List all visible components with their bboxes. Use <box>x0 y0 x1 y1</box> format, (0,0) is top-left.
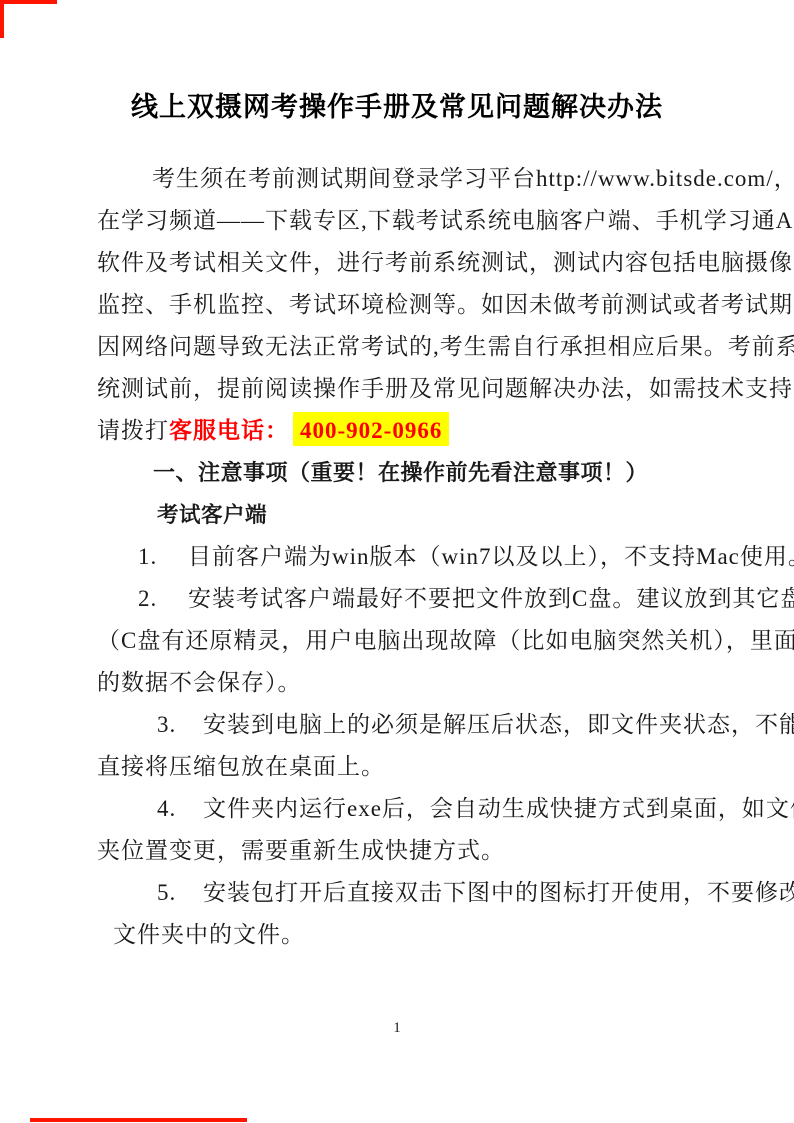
scan-mark-bottom <box>30 1118 247 1122</box>
list-item-continuation: 直接将压缩包放在桌面上。 <box>97 746 697 788</box>
document-title: 线上双摄网考操作手册及常见问题解决办法 <box>97 85 697 130</box>
document-page: 线上双摄网考操作手册及常见问题解决办法 考生须在考前测试期间登录学习平台http… <box>0 0 794 1123</box>
list-item: 3.安装到电脑上的必须是解压后状态，即文件夹状态，不能 <box>97 704 697 746</box>
intro-line: 因网络问题导致无法正常考试的,考生需自行承担相应后果。考前系 <box>97 326 697 368</box>
subsection-heading: 考试客户端 <box>97 494 697 536</box>
hotline-line: 请拨打客服电话：400-902-0966 <box>97 410 697 452</box>
intro-line: 统测试前，提前阅读操作手册及常见问题解决办法，如需技术支持， <box>97 368 697 410</box>
list-item: 1.目前客户端为win版本（win7以及以上），不支持Mac使用。 <box>97 536 697 578</box>
scan-mark-left <box>0 0 4 38</box>
list-item-text: 安装考试客户端最好不要把文件放到C盘。建议放到其它盘。 <box>188 586 794 611</box>
list-item-text: 文件夹内运行exe后，会自动生成快捷方式到桌面，如文件 <box>203 796 794 821</box>
scan-mark-top <box>0 0 57 4</box>
phone-number-highlight: 400-902-0966 <box>293 412 449 446</box>
page-number: 1 <box>0 1020 794 1037</box>
intro-line: 监控、手机监控、考试环境检测等。如因未做考前测试或者考试期间 <box>97 284 697 326</box>
list-item-continuation: 的数据不会保存）。 <box>97 662 697 704</box>
list-item: 4.文件夹内运行exe后，会自动生成快捷方式到桌面，如文件 <box>97 788 697 830</box>
list-item-number: 1. <box>138 536 188 578</box>
list-item-continuation: （C盘有还原精灵，用户电脑出现故障（比如电脑突然关机），里面 <box>97 620 697 662</box>
list-item-number: 4. <box>157 788 203 830</box>
list-item-number: 2. <box>138 578 188 620</box>
list-item-number: 5. <box>157 872 203 914</box>
list-item-continuation: 夹位置变更，需要重新生成快捷方式。 <box>97 830 697 872</box>
list-item-text: 安装到电脑上的必须是解压后状态，即文件夹状态，不能 <box>203 712 794 737</box>
intro-line: 在学习频道——下载专区,下载考试系统电脑客户端、手机学习通APP <box>97 200 697 242</box>
list-item-text: 目前客户端为win版本（win7以及以上），不支持Mac使用。 <box>188 544 794 569</box>
list-item-text: 安装包打开后直接双击下图中的图标打开使用，不要修改 <box>203 880 794 905</box>
list-item: 2.安装考试客户端最好不要把文件放到C盘。建议放到其它盘。 <box>97 578 697 620</box>
document-body: 线上双摄网考操作手册及常见问题解决办法 考生须在考前测试期间登录学习平台http… <box>0 85 794 956</box>
intro-line: 考生须在考前测试期间登录学习平台http://www.bitsde.com/， <box>97 158 697 200</box>
list-item-continuation: 文件夹中的文件。 <box>97 914 697 956</box>
list-item: 5.安装包打开后直接双击下图中的图标打开使用，不要修改 <box>97 872 697 914</box>
list-item-number: 3. <box>157 704 203 746</box>
intro-line: 软件及考试相关文件，进行考前系统测试，测试内容包括电脑摄像头 <box>97 242 697 284</box>
intro-paragraph: 考生须在考前测试期间登录学习平台http://www.bitsde.com/， … <box>97 158 697 956</box>
section-heading: 一、注意事项（重要！在操作前先看注意事项！） <box>97 452 697 494</box>
customer-service-label: 客服电话： <box>169 418 289 443</box>
phone-prefix: 请拨打 <box>97 418 169 443</box>
